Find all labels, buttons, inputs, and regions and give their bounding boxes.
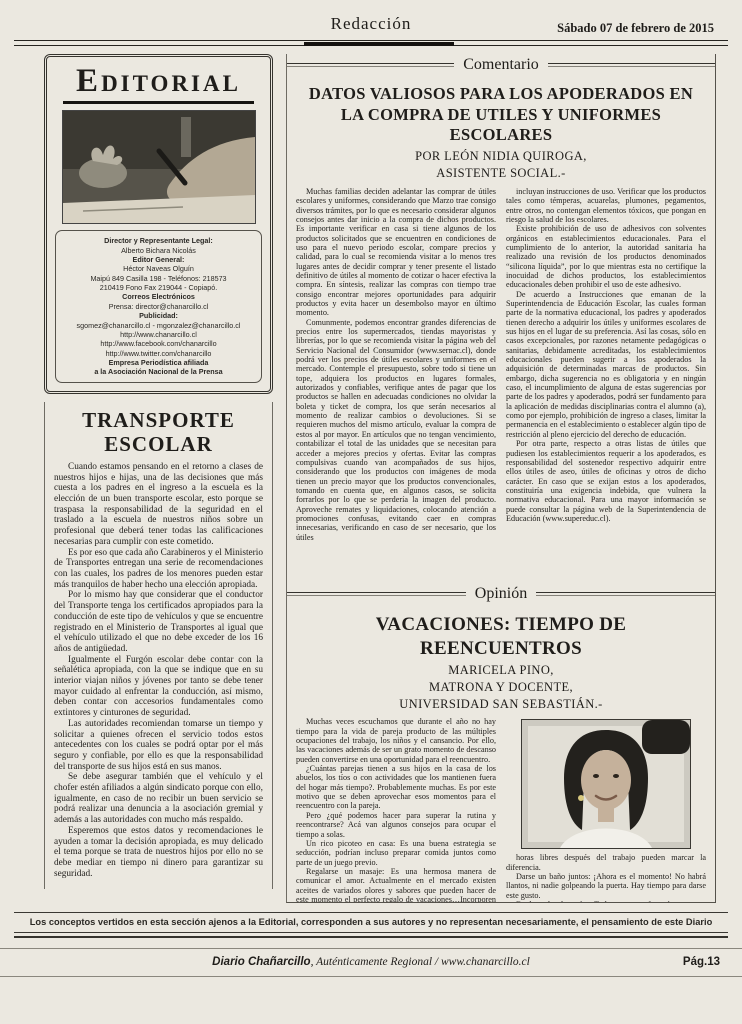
comentario-byline-1: POR LEÓN NIDIA QUIROGA, xyxy=(296,149,706,164)
editorial-title: Editorial xyxy=(55,63,262,99)
opinion-byline-1: MARICELA PINO, xyxy=(296,663,706,678)
paragraph: Cuando estamos pensando en el retorno a … xyxy=(54,462,263,548)
opinion-byline-2: MATRONA Y DOCENTE, xyxy=(296,680,706,695)
paragraph: Darse un baño juntos: ¡Ahora es el momen… xyxy=(506,872,706,900)
comentario-section-rule: Comentario xyxy=(287,54,715,76)
masthead-line-facebook-url: http://www.facebook.com/chanarcillo xyxy=(59,339,258,348)
paragraph: Las autoridades recomiendan tomarse un t… xyxy=(54,719,263,773)
paragraph: Un rico picoteo en casa: Es una buena es… xyxy=(296,839,496,867)
paragraph: Por otra parte, respecto a otras listas … xyxy=(506,439,706,523)
paragraph: Es por eso que cada año Carabineros y el… xyxy=(54,548,263,591)
masthead-line: Publicidad: xyxy=(59,311,258,320)
newspaper-page: Redacción Sábado 07 de febrero de 2015 E… xyxy=(0,0,742,1024)
comentario-body: Muchas familias deciden adelantar las co… xyxy=(296,187,706,583)
comentario-column-1: Muchas familias deciden adelantar las co… xyxy=(296,187,496,583)
masthead-line-website-url: http://www.chanarcillo.cl xyxy=(59,330,258,339)
header-rule xyxy=(14,40,728,46)
opinion-section-rule: Opinión xyxy=(287,583,715,605)
footer-paper-name: Diario Chañarcillo xyxy=(212,956,310,968)
comentario-title: DATOS VALIOSOS PARA LOS APODERADOS EN LA… xyxy=(302,84,700,146)
main-content: Editorial Director y Representante Legal… xyxy=(0,46,742,903)
paragraph: Muchas veces escuchamos que durante el a… xyxy=(296,717,496,764)
editorial-article: TRANSPORTE ESCOLAR Cuando estamos pensan… xyxy=(44,402,273,890)
masthead-line: Director y Representante Legal: xyxy=(59,236,258,245)
paragraph: De acuerdo a Instrucciones que emanan de… xyxy=(506,290,706,440)
comentario-byline-2: ASISTENTE SOCIAL.- xyxy=(296,166,706,181)
header-rule-accent xyxy=(304,42,454,46)
author-portrait-photo xyxy=(521,719,691,849)
right-column: Comentario DATOS VALIOSOS PARA LOS APODE… xyxy=(286,54,716,903)
left-column: Editorial Director y Representante Legal… xyxy=(44,54,273,889)
paragraph: Se debe asegurar también que el vehículo… xyxy=(54,772,263,826)
paragraph: Existe prohibición de uso de adhesivos c… xyxy=(506,224,706,289)
masthead-line: a la Asociación Nacional de la Prensa xyxy=(59,367,258,376)
masthead-line: Maipú 849 Casilla 198 - Teléfonos: 21857… xyxy=(59,274,258,283)
opinion-column-2: horas libres después del trabajo pueden … xyxy=(506,717,706,902)
editorial-masthead: Director y Representante Legal: Alberto … xyxy=(55,230,262,382)
paragraph: Esperemos que estos datos y recomendacio… xyxy=(54,826,263,880)
opinion-section-label: Opinión xyxy=(475,585,527,603)
masthead-line: Alberto Bichara Nicolás xyxy=(59,246,258,255)
opinion-title: VACACIONES: TIEMPO DE REENCUENTROS xyxy=(302,613,700,661)
footer-tagline: , Auténticamente Regional / www.chanarci… xyxy=(311,956,530,968)
opinion-column-1: Muchas veces escuchamos que durante el a… xyxy=(296,717,496,902)
paragraph: Explorar las fantasías: Todos tenemos fa… xyxy=(506,900,706,902)
section-disclaimer: Los conceptos vertidos en esta sección a… xyxy=(14,912,728,933)
comentario-section-label: Comentario xyxy=(463,56,539,74)
page-number: Pág.13 xyxy=(683,956,720,968)
opinion-byline-3: UNIVERSIDAD SAN SEBASTIÁN.- xyxy=(296,697,706,712)
page-footer: Diario Chañarcillo, Auténticamente Regio… xyxy=(0,948,742,977)
paragraph: Regalarse un masaje: Es una hermosa mane… xyxy=(296,867,496,902)
masthead-line: Correos Electrónicos xyxy=(59,292,258,301)
paragraph: Por lo mismo hay que considerar que el c… xyxy=(54,590,263,654)
masthead-line: Héctor Naveas Olguín xyxy=(59,264,258,273)
paragraph: Igualmente el Furgón escolar debe contar… xyxy=(54,655,263,719)
masthead-line: 210419 Fono Fax 219044 - Copiapó. xyxy=(59,283,258,292)
paragraph: ¿Cuántas parejas tienen a sus hijos en l… xyxy=(296,764,496,811)
paragraph: incluyan instrucciones de uso. Verificar… xyxy=(506,187,706,224)
masthead-line: Editor General: xyxy=(59,255,258,264)
date-label: Sábado 07 de febrero de 2015 xyxy=(557,21,714,36)
comentario-column-2: incluyan instrucciones de uso. Verificar… xyxy=(506,187,706,583)
editorial-title-rule xyxy=(63,101,254,104)
disclaimer-underrule xyxy=(14,936,728,938)
opinion-body: Muchas veces escuchamos que durante el a… xyxy=(296,717,706,902)
page-header: Redacción Sábado 07 de febrero de 2015 xyxy=(0,0,742,46)
masthead-line-prensa-email: Prensa: director@chanarcillo.cl xyxy=(59,302,258,311)
paragraph: horas libres después del trabajo pueden … xyxy=(506,853,706,872)
masthead-line-twitter-url: http://www.twitter.com/chanarcillo xyxy=(59,349,258,358)
paragraph: Pero ¿qué podemos hacer para superar la … xyxy=(296,811,496,839)
masthead-line-publicidad-emails: sgomez@chanarcillo.cl - mgonzalez@chanar… xyxy=(59,321,258,330)
editorial-photo xyxy=(62,110,256,224)
paragraph: Comunmente, podemos encontrar grandes di… xyxy=(296,318,496,542)
editorial-box: Editorial Director y Representante Legal… xyxy=(44,54,273,394)
masthead-line: Empresa Periodística afiliada xyxy=(59,358,258,367)
editorial-article-title: TRANSPORTE ESCOLAR xyxy=(54,408,263,456)
footer-imprint: Diario Chañarcillo, Auténticamente Regio… xyxy=(0,956,742,968)
paragraph: Muchas familias deciden adelantar las co… xyxy=(296,187,496,318)
